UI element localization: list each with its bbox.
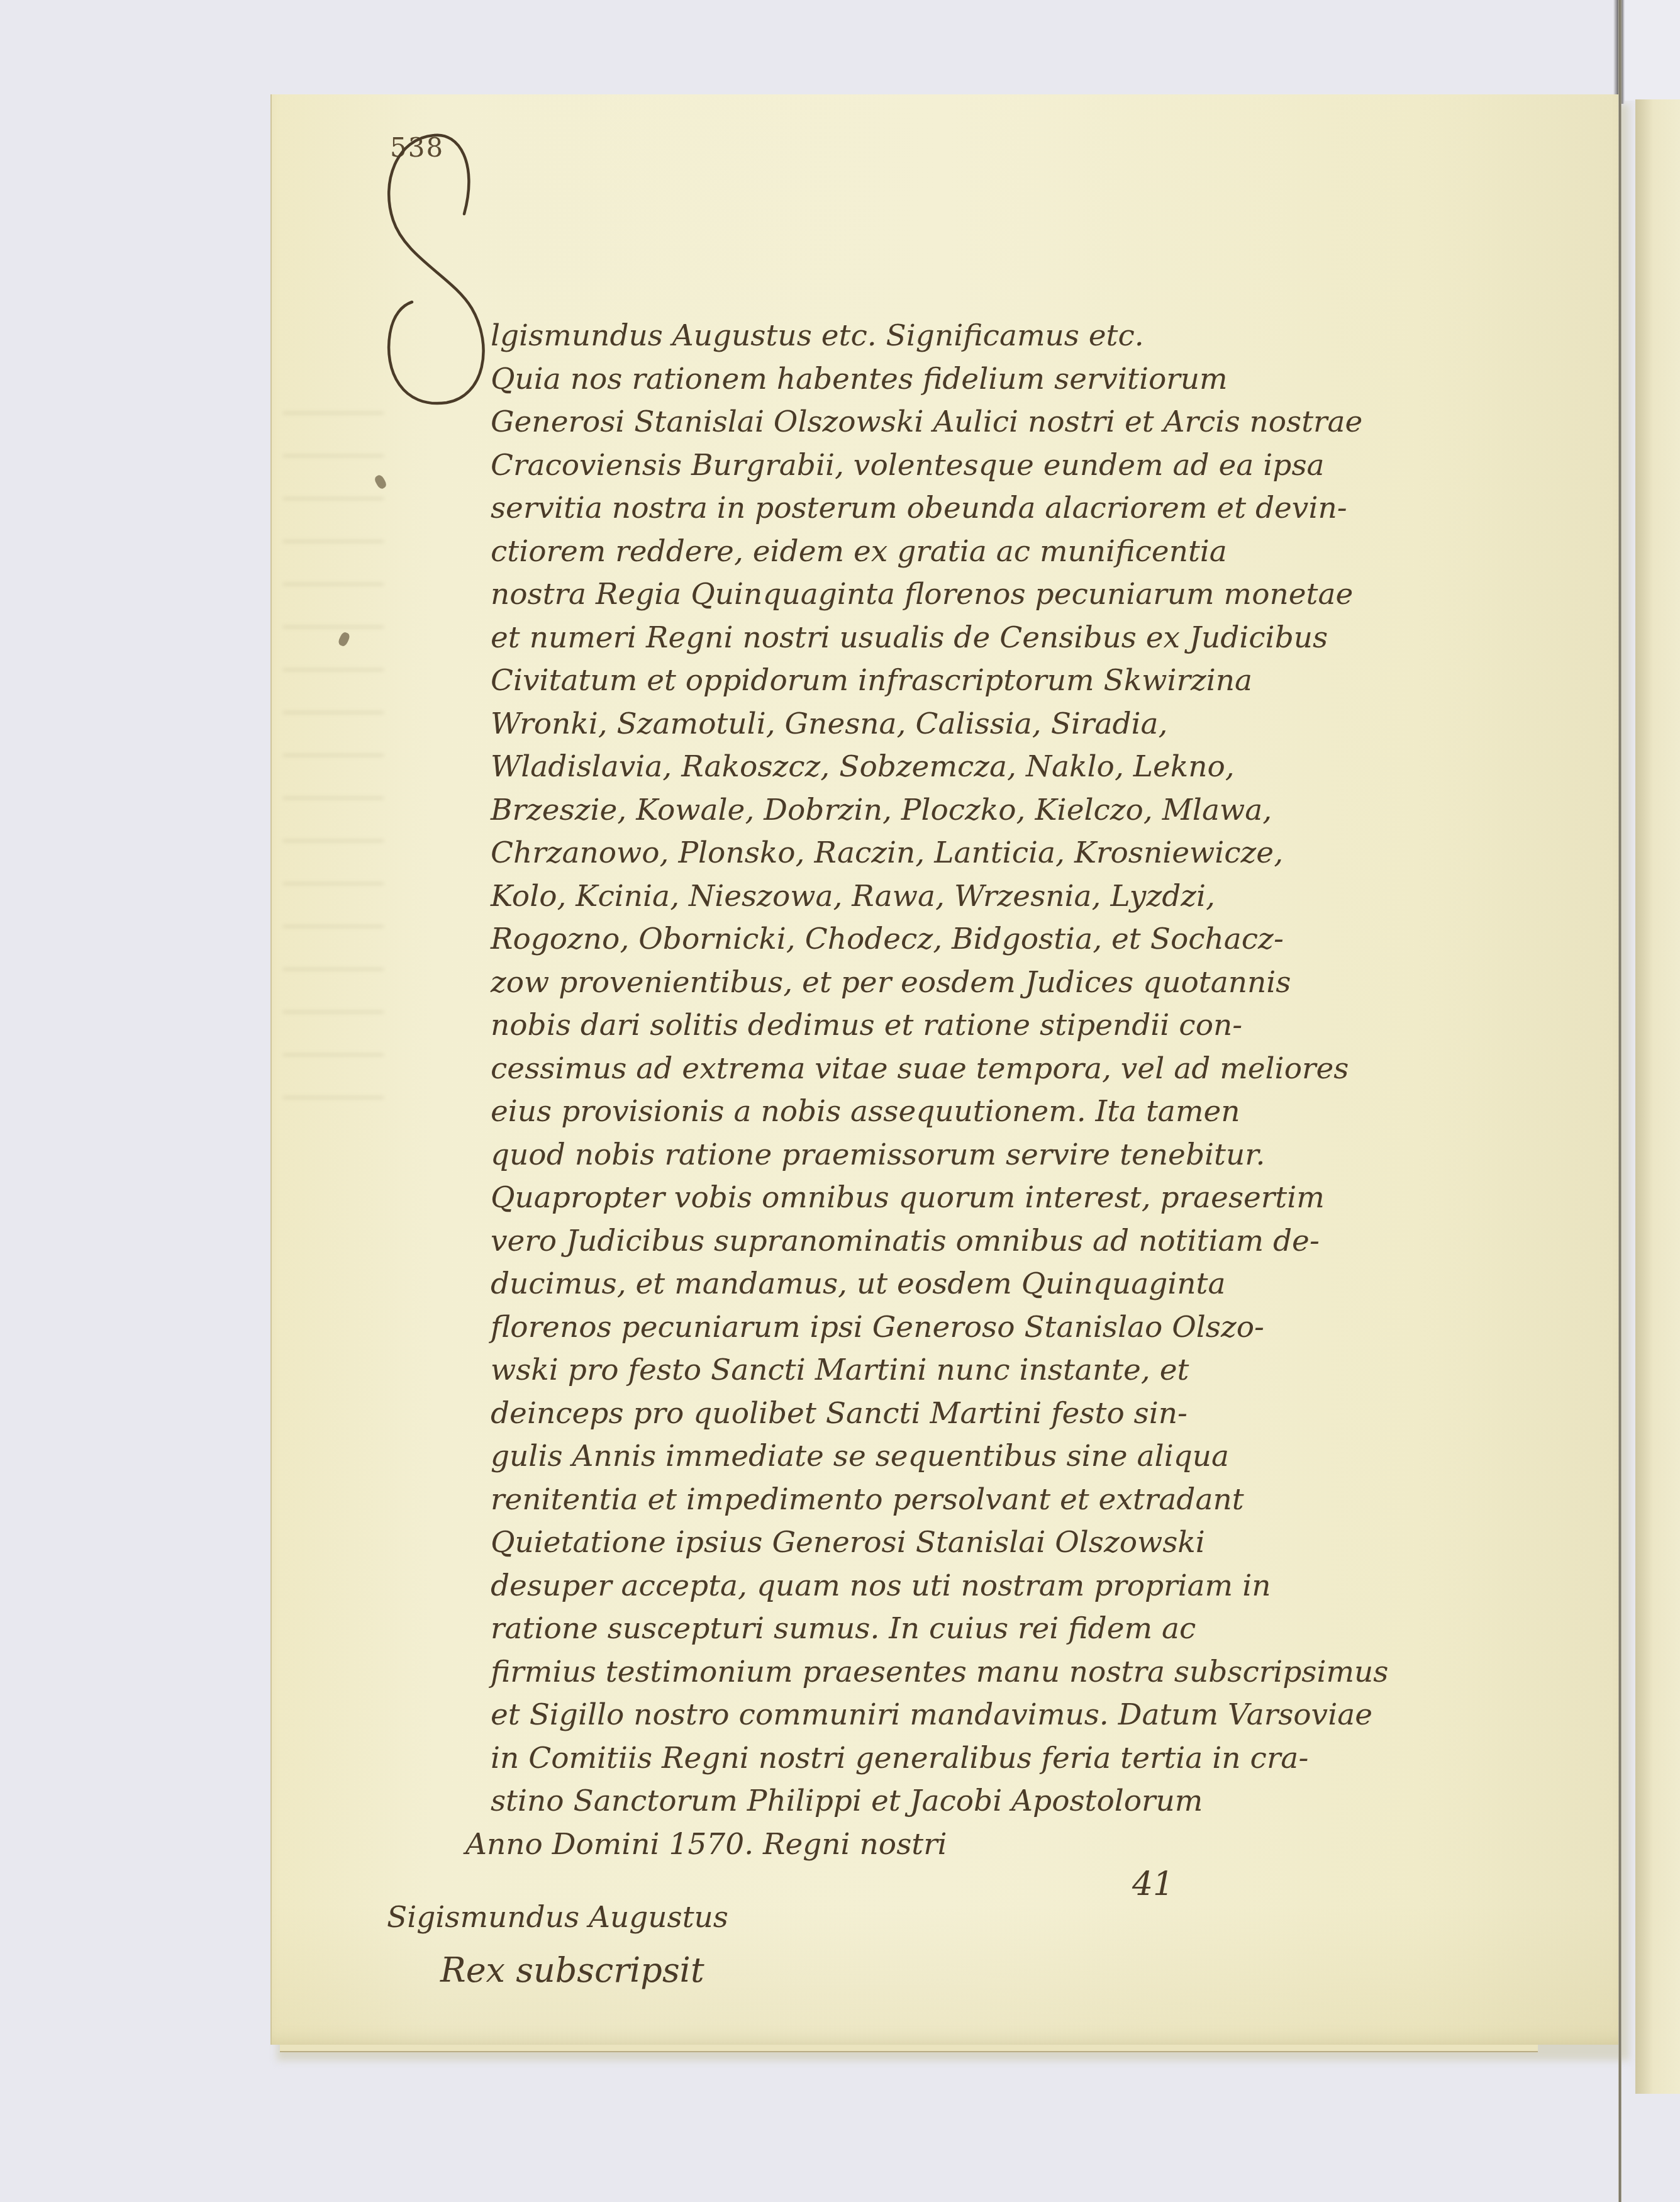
facing-page-strip [1635,99,1680,2094]
text-line: ratione suscepturi sumus. In cuius rei f… [491,1607,1547,1651]
signature-mark: Rex subscripsit [440,1950,704,1990]
letter-body: lgismundus Augustus etc. Significamus et… [491,315,1547,1866]
text-line: in Comitiis Regni nostri generalibus fer… [491,1737,1547,1780]
text-line: Cracoviensis Burgrabii, volentesque eund… [491,444,1547,488]
text-line: gulis Annis immediate se sequentibus sin… [491,1435,1547,1478]
text-line: nobis dari solitis dedimus et ratione st… [491,1004,1547,1048]
facing-page-background [1622,0,1680,101]
gutter-line [1618,0,1622,2202]
text-line: Wladislavia, Rakoszcz, Sobzemcza, Naklo,… [491,746,1547,789]
text-line: ctiorem reddere, eidem ex gratia ac muni… [491,530,1547,574]
text-line: Quapropter vobis omnibus quorum interest… [491,1176,1547,1220]
text-line: Wronki, Szamotuli, Gnesna, Calissia, Sir… [491,703,1547,746]
text-line: Quietatione ipsius Generosi Stanislai Ol… [491,1521,1547,1565]
text-line: desuper accepta, quam nos uti nostram pr… [491,1565,1547,1608]
text-line: cessimus ad extrema vitae suae tempora, … [491,1048,1547,1091]
text-line: vero Judicibus supranominatis omnibus ad… [491,1220,1547,1263]
text-line: zow provenientibus, et per eosdem Judice… [491,961,1547,1005]
regnal-year: 41 [1132,1865,1174,1903]
text-line: lgismundus Augustus etc. Significamus et… [491,315,1547,358]
text-line: et numeri Regni nostri usualis de Censib… [491,617,1547,660]
text-line: Kolo, Kcinia, Nieszowa, Rawa, Wrzesnia, … [491,875,1547,919]
text-line: Brzeszie, Kowale, Dobrzin, Ploczko, Kiel… [491,789,1547,832]
text-line: ducimus, et mandamus, ut eosdem Quinquag… [491,1263,1547,1306]
royal-signature: Sigismundus Augustus [387,1900,728,1935]
text-line: florenos pecuniarum ipsi Generoso Stanis… [491,1306,1547,1350]
text-line: Civitatum et oppidorum infrascriptorum S… [491,659,1547,703]
text-line: Chrzanowo, Plonsko, Raczin, Lanticia, Kr… [491,832,1547,875]
text-line: et Sigillo nostro communiri mandavimus. … [491,1694,1547,1737]
text-line: stino Sanctorum Philippi et Jacobi Apost… [491,1780,1547,1823]
text-line: nostra Regia Quinquaginta florenos pecun… [491,573,1547,617]
text-line: Rogozno, Obornicki, Chodecz, Bidgostia, … [491,918,1547,961]
text-line: Generosi Stanislai Olszowski Aulici nost… [491,401,1547,444]
text-line: quod nobis ratione praemissorum servire … [491,1134,1547,1177]
text-line: renitentia et impedimento persolvant et … [491,1478,1547,1522]
text-line: Anno Domini 1570. Regni nostri [465,1823,1547,1867]
text-line: eius provisionis a nobis assequutionem. … [491,1090,1547,1134]
text-line: firmius testimonium praesentes manu nost… [491,1651,1547,1694]
bleed-through-text [283,377,384,1132]
text-line: wski pro festo Sancti Martini nunc insta… [491,1349,1547,1392]
text-line: deinceps pro quolibet Sancti Martini fes… [491,1392,1547,1436]
text-line: Quia nos rationem habentes fidelium serv… [491,358,1547,401]
text-line: servitia nostra in posterum obeunda alac… [491,487,1547,530]
